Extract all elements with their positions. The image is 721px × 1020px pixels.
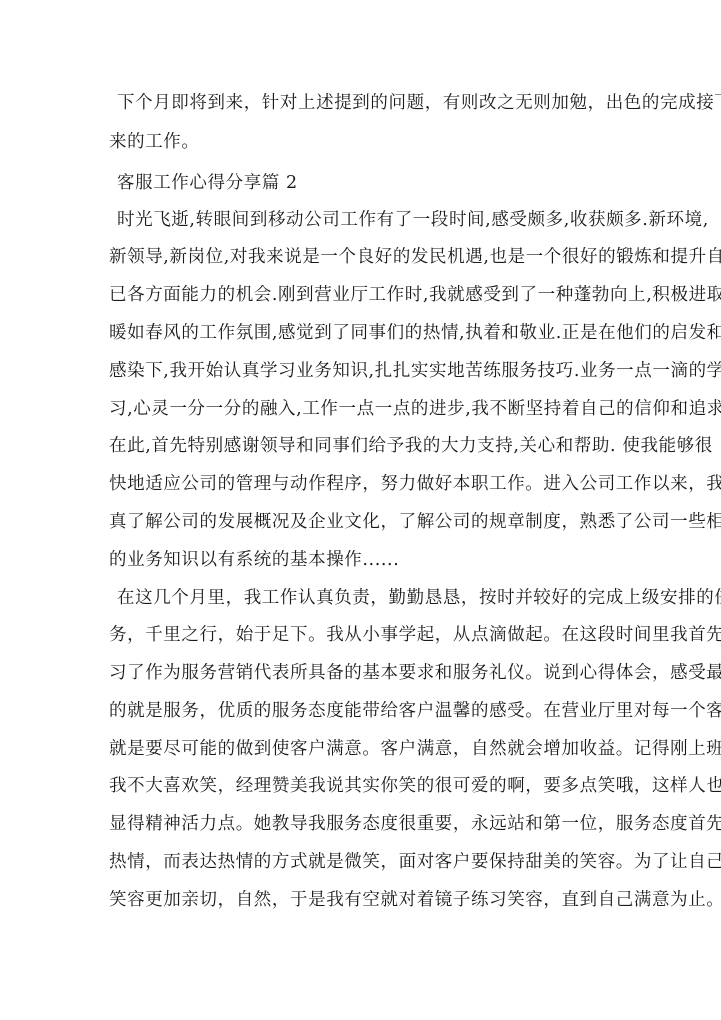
paragraph-line: 来的工作。	[109, 130, 613, 154]
paragraph-line: 在此,首先特别感谢领导和同事们给予我的大力支持,关心和帮助. 使我能够很	[109, 434, 613, 458]
paragraph-line: 在这几个月里，我工作认真负责，勤勤恳恳，按时并较好的完成上级安排的任	[117, 586, 613, 610]
document-page: 下个月即将到来，针对上述提到的问题，有则改之无则加勉，出色的完成接下 来的工作。…	[0, 0, 721, 1020]
paragraph-line: 习了作为服务营销代表所具备的基本要求和服务礼仪。说到心得体会，感受最深	[109, 661, 613, 685]
section-heading: 客服工作心得分享篇 2	[117, 171, 613, 195]
paragraph-line: 时光飞逝,转眼间到移动公司工作有了一段时间,感受颇多,收获颇多.新环境,	[117, 208, 613, 232]
paragraph-line: 的业务知识以有系统的基本操作......	[109, 548, 613, 572]
paragraph-line: 暖如春风的工作氛围,感觉到了同事们的热情,执着和敬业.正是在他们的启发和	[109, 321, 613, 345]
paragraph-line: 快地适应公司的管理与动作程序，努力做好本职工作。进入公司工作以来，我认	[109, 472, 613, 496]
paragraph-line: 显得精神活力点。她教导我服务态度很重要，永远站和第一位，服务态度首先是	[109, 812, 613, 836]
paragraph-line: 习,心灵一分一分的融入,工作一点一点的进步,我不断坚持着自己的信仰和追求,	[109, 397, 613, 421]
paragraph-line: 笑容更加亲切，自然，于是我有空就对着镜子练习笑容，直到自己满意为止。是	[109, 888, 613, 912]
paragraph-line: 感染下,我开始认真学习业务知识,扎扎实实地苦练服务技巧.业务一点一滴的学	[109, 359, 613, 383]
paragraph-line: 的就是服务，优质的服务态度能带给客户温馨的感受。在营业厅里对每一个客户	[109, 699, 613, 723]
paragraph-line: 真了解公司的发展概况及企业文化，了解公司的规章制度，熟悉了公司一些相关	[109, 510, 613, 534]
paragraph-line: 就是要尽可能的做到使客户满意。客户满意，自然就会增加收益。记得刚上班时	[109, 737, 613, 761]
paragraph-line: 新领导,新岗位,对我来说是一个良好的发民机遇,也是一个很好的锻炼和提升自	[109, 245, 613, 269]
paragraph-line: 热情，而表达热情的方式就是微笑，面对客户要保持甜美的笑容。为了让自己的	[109, 850, 613, 874]
paragraph-line: 已各方面能力的机会.刚到营业厅工作时,我就感受到了一种蓬勃向上,积极进取,	[109, 283, 613, 307]
paragraph-line: 务，千里之行，始于足下。我从小事学起，从点滴做起。在这段时间里我首先学	[109, 623, 613, 647]
paragraph-line: 我不大喜欢笑，经理赞美我说其实你笑的很可爱的啊，要多点笑哦，这样人也会	[109, 774, 613, 798]
paragraph-line: 下个月即将到来，针对上述提到的问题，有则改之无则加勉，出色的完成接下	[117, 91, 613, 115]
